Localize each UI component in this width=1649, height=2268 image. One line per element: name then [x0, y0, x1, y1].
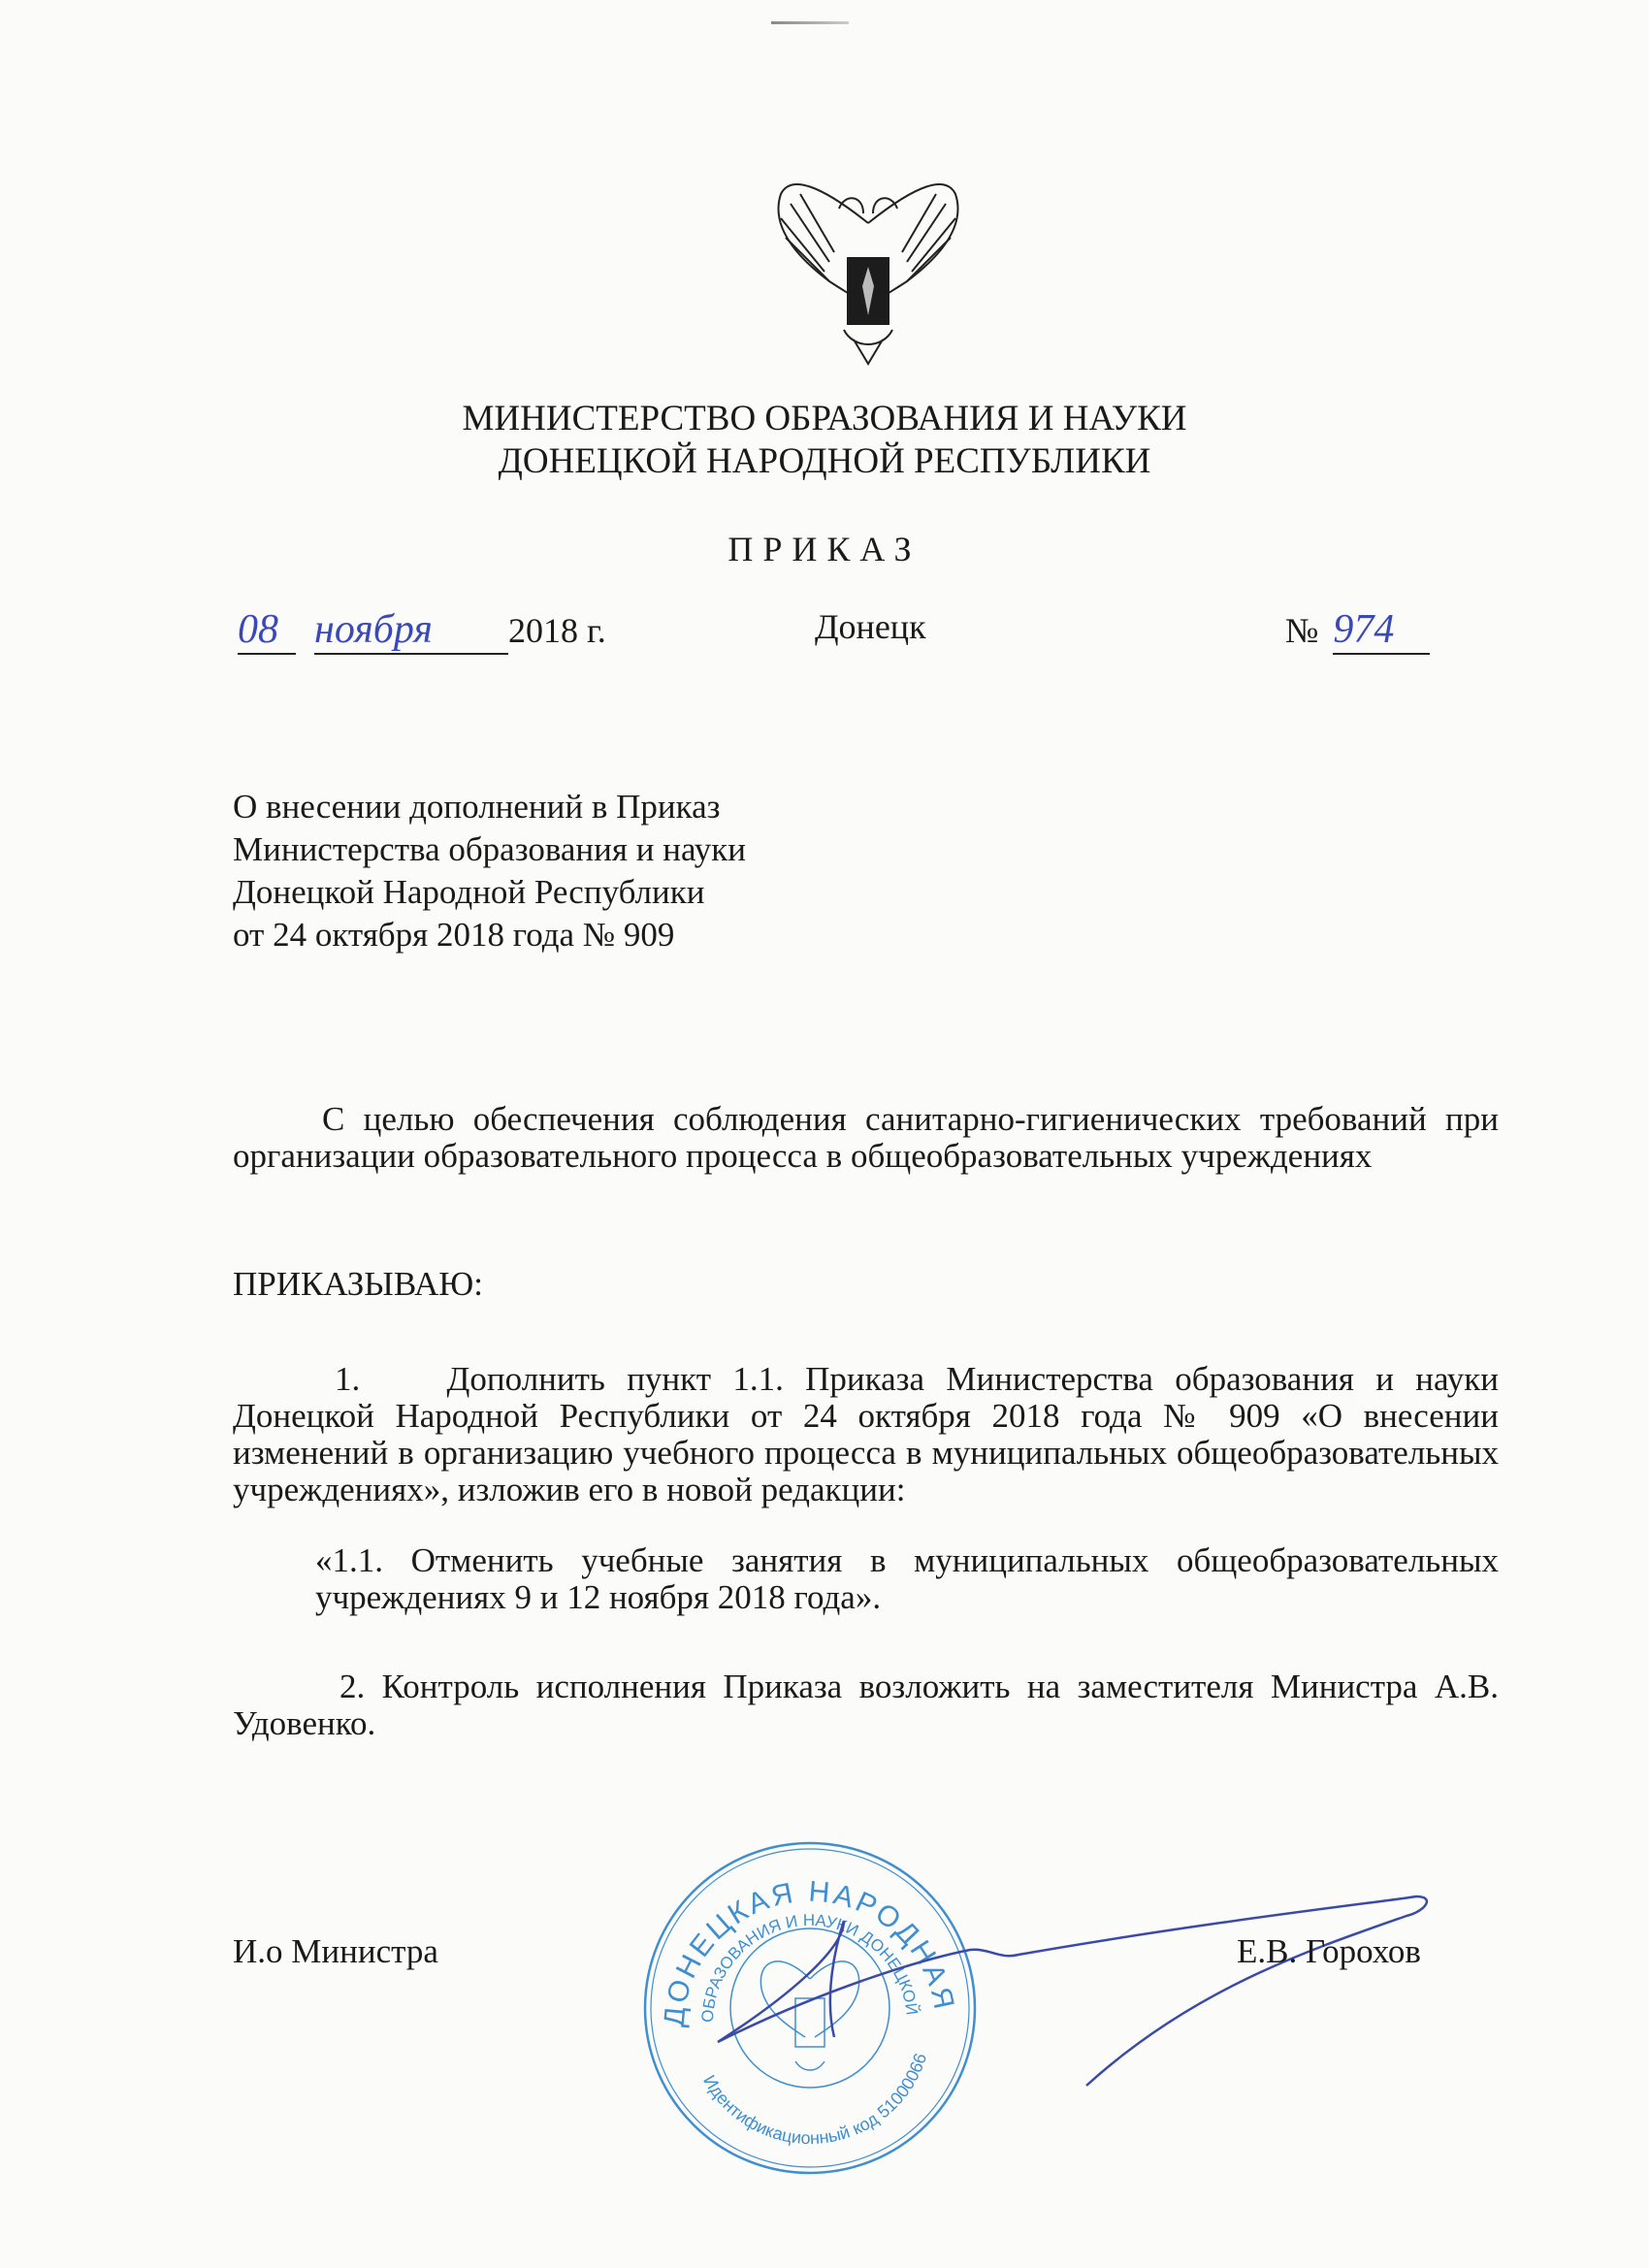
item-text: Контроль исполнения Приказа возложить на…	[233, 1668, 1499, 1742]
coat-of-arms-icon	[761, 165, 975, 369]
document-type-title: ПРИКАЗ	[0, 529, 1649, 569]
order-keyword: ПРИКАЗЫВАЮ:	[233, 1266, 1499, 1303]
subject-line: О внесении дополнений в Приказ	[233, 786, 746, 828]
signatory-name: Е.В. Горохов	[1237, 1932, 1421, 1971]
date-year: 2018 г.	[508, 611, 606, 650]
item-text: Дополнить пункт 1.1. Приказа Министерств…	[233, 1360, 1499, 1508]
order-item-1: 1. Дополнить пункт 1.1. Приказа Министер…	[233, 1361, 1499, 1508]
order-item-2: 2. Контроль исполнения Приказа возложить…	[233, 1669, 1499, 1742]
ministry-title-line-1: МИНИСТЕРСТВО ОБРАЗОВАНИЯ И НАУКИ	[0, 398, 1649, 440]
order-item-1-quote: «1.1. Отменить учебные занятия в муницип…	[315, 1542, 1499, 1616]
ministry-title-line-2: ДОНЕЦКОЙ НАРОДНОЙ РЕСПУБЛИКИ	[0, 440, 1649, 483]
handwritten-number: 974	[1333, 606, 1430, 655]
item-number: 1.	[335, 1360, 360, 1398]
subject-line: от 24 октября 2018 года № 909	[233, 914, 746, 956]
signatory-role: И.о Министра	[233, 1932, 438, 1971]
document-date: 08 ноября2018 г.	[238, 606, 606, 655]
document-city: Донецк	[815, 606, 926, 647]
item-number: 2.	[339, 1668, 365, 1705]
handwritten-month: ноября	[314, 606, 508, 655]
handwritten-signature	[630, 1843, 1503, 2134]
handwritten-day: 08	[238, 606, 296, 655]
document-subject: О внесении дополнений в Приказ Министерс…	[233, 786, 746, 956]
preamble-paragraph: С целью обеспечения соблюдения санитарно…	[233, 1101, 1499, 1175]
document-number: № 974	[1285, 606, 1430, 655]
subject-line: Министерства образования и науки	[233, 828, 746, 871]
subject-line: Донецкой Народной Республики	[233, 871, 746, 914]
scan-artifact-line	[771, 21, 849, 24]
number-label: №	[1285, 611, 1318, 650]
